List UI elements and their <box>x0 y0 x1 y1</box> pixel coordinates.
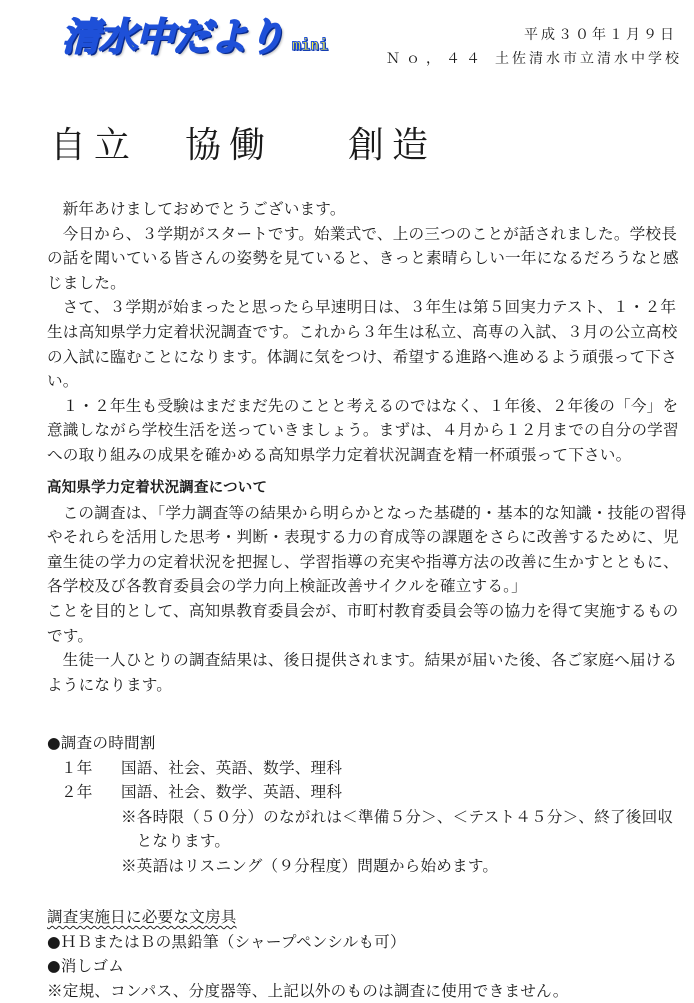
paragraph: 生徒一人ひとりの調査結果は、後日提供されます。結果が届いた後、各ご家庭へ届けるよ… <box>47 648 687 697</box>
issue-date: 平成３０年１月９日 <box>524 24 677 44</box>
new-year-message: 新年あけましておめでとうございます。 今日から、３学期がスタートです。始業式で、… <box>47 197 687 468</box>
motto-word: 自立 <box>50 125 185 167</box>
motto-word: 創造 <box>348 125 436 167</box>
supplies-heading: 調査実施日に必要な文房具 <box>47 908 237 926</box>
survey-section: 高知県学力定着状況調査について この調査は、「学力調査等の結果から明らかとなった… <box>47 476 687 697</box>
section-heading: 高知県学力定着状況調査について <box>47 476 687 501</box>
school-name: 土佐清水市立清水中学校 <box>495 48 682 68</box>
paragraph: １・２年生も受験はまだまだ先のことと考えるのではなく、１年後、２年後の「今」を意… <box>47 394 687 468</box>
schedule-row: １年 国語、社会、英語、数学、理科 <box>47 756 687 781</box>
section-heading: ●調査の時間割 <box>47 731 687 756</box>
paragraph: 新年あけましておめでとうございます。 <box>47 197 687 222</box>
note: ※各時限（５０分）のながれは＜準備５分＞、＜テスト４５分＞、終了後回収となります… <box>121 805 687 854</box>
supplies-section: 調査実施日に必要な文房具 ●ＨＢまたはＢの黒鉛筆（シャープペンシルも可） ●消し… <box>47 905 687 1003</box>
paragraph: この調査は、「学力調査等の結果から明らかとなった基礎的・基本的な知識・技能の習得… <box>47 501 687 599</box>
paragraph: さて、３学期が始まったと思ったら早速明日は、３年生は第５回実力テスト、１・２年生… <box>47 295 687 393</box>
supply-item: ●ＨＢまたはＢの黒鉛筆（シャープペンシルも可） <box>47 930 687 955</box>
schedule-notes: ※各時限（５０分）のながれは＜準備５分＞、＜テスト４５分＞、終了後回収となります… <box>47 805 687 879</box>
schedule-row: ２年 国語、社会、数学、英語、理科 <box>47 780 687 805</box>
subject-list: 国語、社会、数学、英語、理科 <box>121 780 342 805</box>
school-motto: 自立 協働 創造 <box>50 125 436 167</box>
note: ※英語はリスニング（９分程度）問題から始めます。 <box>121 854 687 879</box>
section-heading: 調査実施日に必要な文房具 <box>47 905 687 930</box>
grade-label: １年 <box>47 756 121 781</box>
supply-item: ●消しゴム <box>47 954 687 979</box>
logo-title: 清水中だより <box>62 14 284 60</box>
paragraph: 今日から、３学期がスタートです。始業式で、上の三つのことが話されました。学校長の… <box>47 222 687 296</box>
motto-word: 協働 <box>185 125 348 167</box>
newsletter-logo: 清水中だより mini <box>62 10 328 60</box>
grade-label: ２年 <box>47 780 121 805</box>
logo-subtitle: mini <box>292 36 328 54</box>
issue-number: Ｎｏ，４４ <box>386 48 486 68</box>
schedule-section: ●調査の時間割 １年 国語、社会、英語、数学、理科 ２年 国語、社会、数学、英語… <box>47 731 687 879</box>
subject-list: 国語、社会、英語、数学、理科 <box>121 756 342 781</box>
supply-note: ※定規、コンパス、分度器等、上記以外のものは調査に使用できません。 <box>47 979 687 1003</box>
paragraph: ことを目的として、高知県教育委員会が、市町村教育委員会等の協力を得て実施するもの… <box>47 599 687 648</box>
